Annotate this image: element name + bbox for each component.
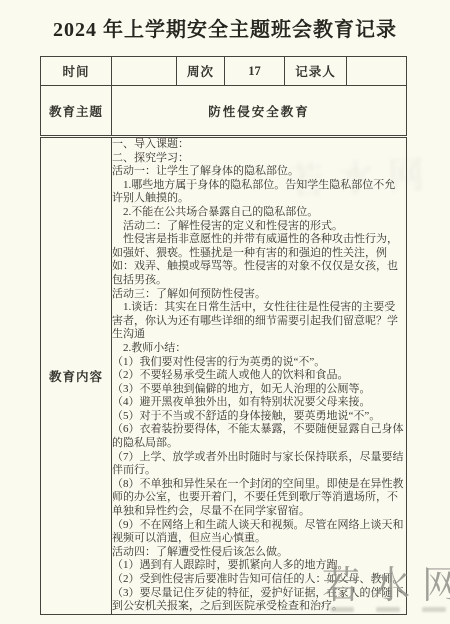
content-paragraph: 活动三：了解如何预防性侵害。 xyxy=(112,288,406,302)
document-page: { "page": { "title": "2024 年上学期安全主题班会教育记… xyxy=(0,0,450,624)
content-paragraph: 2.不能在公共场合暴露自己的隐私部位。 xyxy=(112,206,406,220)
time-value-cell xyxy=(112,57,177,86)
content-paragraph: 活动二：了解性侵害的定义和性侵害的形式。 xyxy=(112,220,406,234)
content-cell: 一、导入课题：二、探究学习：活动一：让学生了解身体的隐私部位。 1.哪些地方属于… xyxy=(112,137,407,615)
theme-label-cell: 教育主题 xyxy=(41,86,112,137)
theme-value-cell: 防性侵安全教育 xyxy=(112,86,407,137)
content-paragraph: 二、探究学习： xyxy=(112,152,406,166)
content-paragraph: 1.哪些地方属于身体的隐私部位。告知学生隐私部位不允许别人触摸的。 xyxy=(112,179,406,206)
content-label-cell: 教育内容 xyxy=(41,137,112,615)
watermark-subtext-blur xyxy=(330,607,354,612)
recorder-value-cell xyxy=(347,57,407,86)
table-row-theme: 教育主题 防性侵安全教育 xyxy=(41,86,407,137)
watermark-character: 若 xyxy=(322,567,360,605)
table-row-content: 教育内容 一、导入课题：二、探究学习：活动一：让学生了解身体的隐私部位。 1.哪… xyxy=(41,137,407,615)
content-paragraph: （1）我们要对性侵害的行为英勇的说“不”。 xyxy=(112,356,406,370)
page-title: 2024 年上学期安全主题班会教育记录 xyxy=(0,13,450,42)
content-paragraph: 1.谈话：其实在日常生活中，女性往往是性侵害的主要受害者，你认为还有哪些详细的细… xyxy=(112,301,406,342)
recorder-label-cell: 记录人 xyxy=(285,57,347,86)
week-label-cell: 周次 xyxy=(177,57,225,86)
ruoshui-watermark: 若水网 xyxy=(322,567,450,605)
watermark-subtext-blur xyxy=(422,607,446,612)
content-paragraph: （6）衣着装扮要得体，不能太暴露，不要随便显露自己身体的隐私局部。 xyxy=(112,423,406,450)
watermark-subtext-blur xyxy=(376,607,400,612)
watermark-character: 水 xyxy=(372,567,410,605)
content-paragraph: 活动一：让学生了解身体的隐私部位。 xyxy=(112,165,406,179)
content-paragraph: （4）避开黑夜单独外出，如有特别状况要父母来接。 xyxy=(112,396,406,410)
content-paragraph: （9）不在网络上和生疏人谈天和视频。尽管在网络上谈天和视频可以消遣，但应当心慎重… xyxy=(112,519,406,546)
watermark-character: 网 xyxy=(422,567,450,605)
table-row-header: 时间 周次 17 记录人 xyxy=(41,57,407,86)
content-paragraph: 性侵害是指非意愿性的并带有威逼性的各种攻击性行为，如强奸、猥亵。性骚扰是一种有害… xyxy=(112,233,406,287)
content-paragraph: （7）上学、放学或者外出时随时与家长保持联系，尽量要结伴而行。 xyxy=(112,451,406,478)
content-paragraph: 活动四：了解遭受性侵后该怎么做。 xyxy=(112,546,406,560)
content-paragraph: （8）不单独和异性呆在一个封闭的空间里。即使是在异性教师的办公室，也要开着门，不… xyxy=(112,478,406,519)
content-paragraph: （5）对于不当或不舒适的身体接触，要英勇地说“不”。 xyxy=(112,410,406,424)
content-paragraph: 2.教师小结： xyxy=(112,342,406,356)
week-value-cell: 17 xyxy=(225,57,285,86)
content-paragraph: （3）不要单独到偏僻的地方，如无人治理的公厕等。 xyxy=(112,383,406,397)
time-label-cell: 时间 xyxy=(41,57,112,86)
record-table: 时间 周次 17 记录人 教育主题 防性侵安全教育 教育内容 一、导入课题：二、… xyxy=(40,56,407,615)
content-paragraph: 一、导入课题： xyxy=(112,138,406,152)
content-paragraph: （2）不要轻易承受生疏人或他人的饮料和食品。 xyxy=(112,369,406,383)
content-paragraph-list: 一、导入课题：二、探究学习：活动一：让学生了解身体的隐私部位。 1.哪些地方属于… xyxy=(112,138,406,614)
